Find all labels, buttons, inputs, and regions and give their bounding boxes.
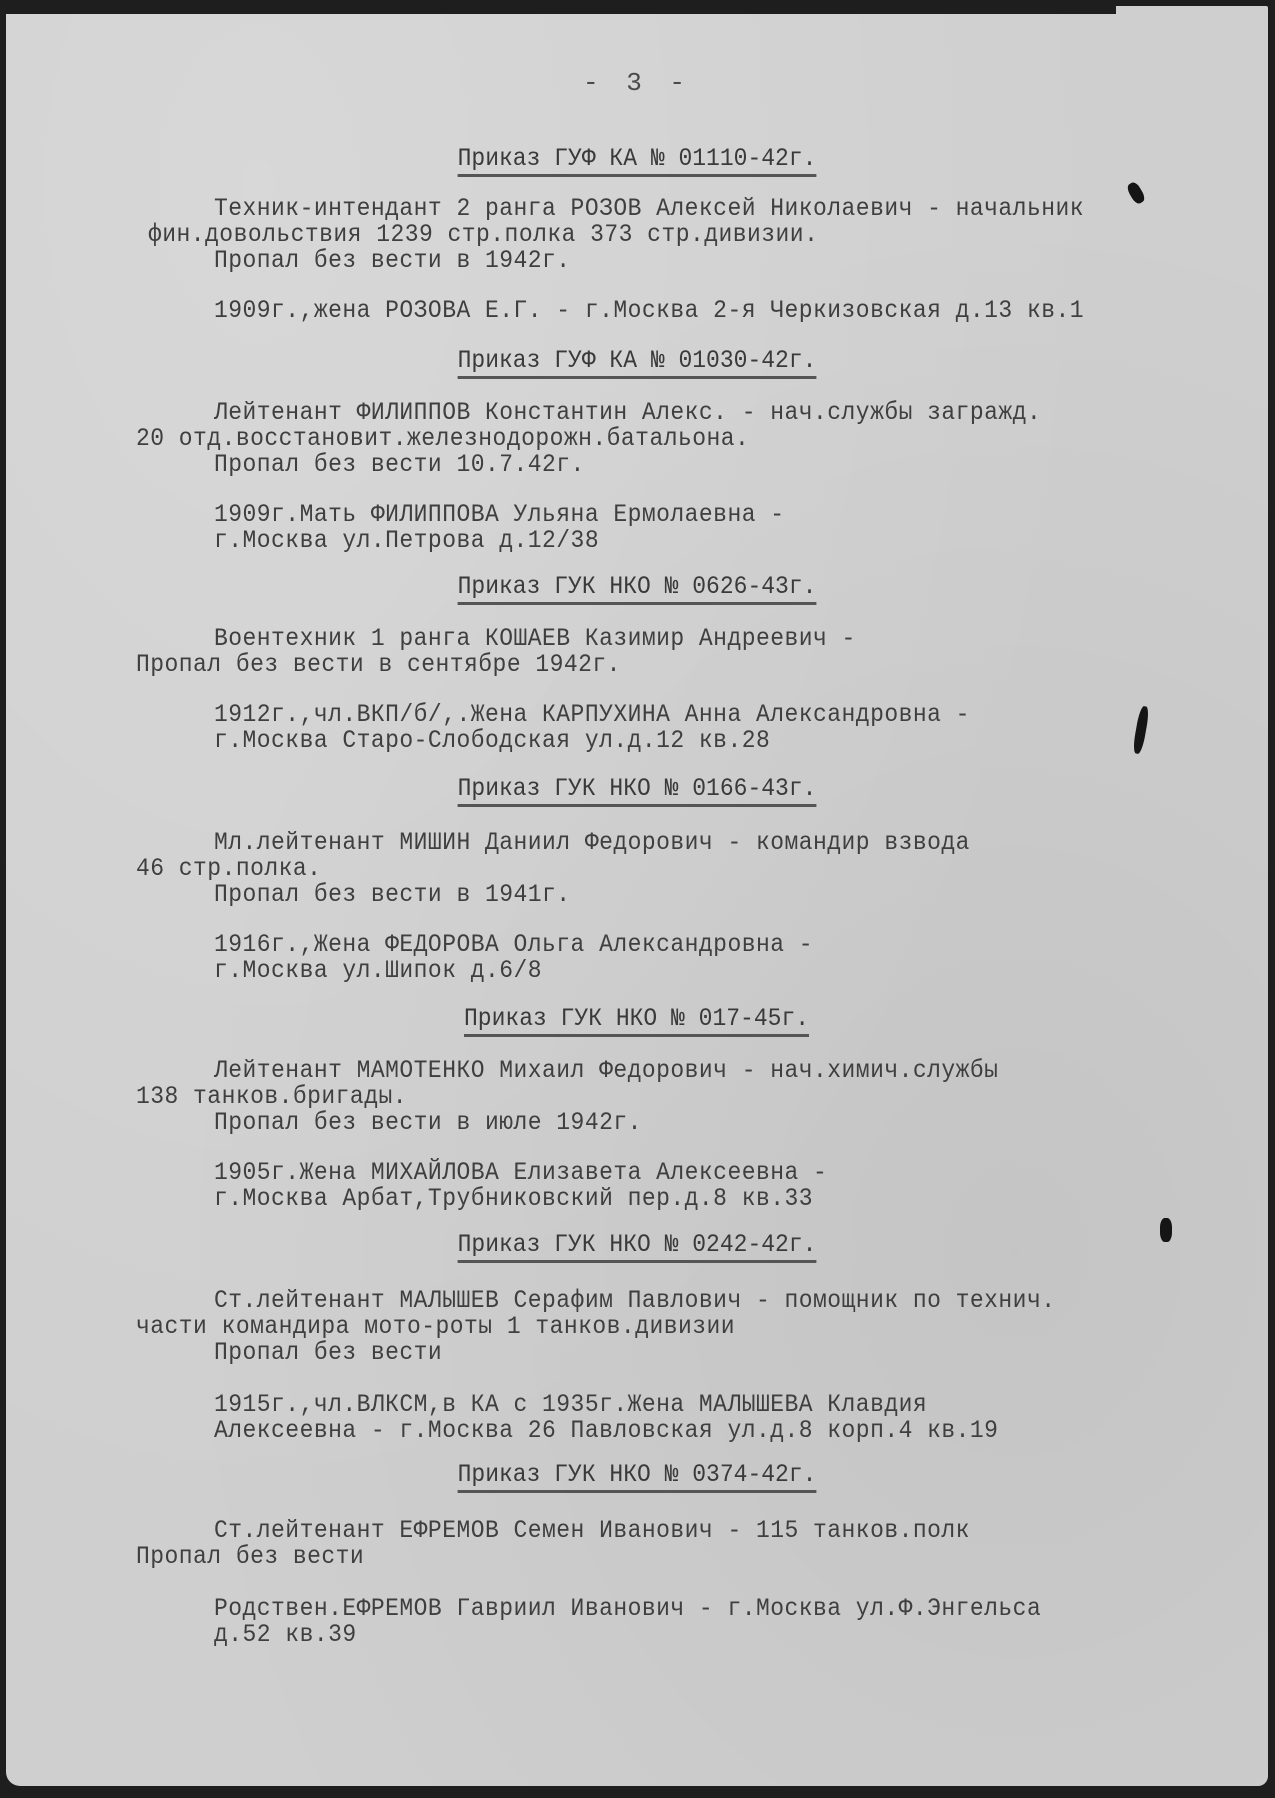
entry-line: Пропал без вести в сентябре 1942г.	[136, 650, 621, 679]
order-heading: Приказ ГУК НКО № 0626-43г.	[6, 572, 1268, 605]
order-heading: Приказ ГУК НКО № 0166-43г.	[6, 774, 1268, 807]
order-heading: Приказ ГУФ КА № 01110-42г.	[6, 144, 1268, 177]
scan-border	[6, 6, 1116, 14]
relative-line: г.Москва Старо-Слободская ул.д.12 кв.28	[214, 726, 770, 755]
relative-line: г.Москва Арбат,Трубниковский пер.д.8 кв.…	[214, 1184, 813, 1213]
relative-line: 1905г.Жена МИХАЙЛОВА Елизавета Алексеевн…	[214, 1158, 827, 1187]
entry-line: Пропал без вести	[136, 1542, 364, 1571]
order-heading: Приказ ГУК НКО № 017-45г.	[6, 1004, 1268, 1037]
punch-hole-mark	[1160, 1218, 1172, 1242]
order-heading: Приказ ГУФ КА № 01030-42г.	[6, 346, 1268, 379]
entry-line: Ст.лейтенант ЕФРЕМОВ Семен Иванович - 11…	[214, 1516, 970, 1545]
entry-line: Пропал без вести 10.7.42г.	[214, 450, 585, 479]
relative-line: 1909г.,жена РОЗОВА Е.Г. - г.Москва 2-я Ч…	[214, 296, 1084, 325]
document-page: - 3 - Приказ ГУФ КА № 01110-42г. Техник-…	[6, 6, 1268, 1786]
entry-line: Пропал без вести в июле 1942г.	[214, 1108, 642, 1137]
entry-line: Пропал без вести	[214, 1338, 442, 1367]
entry-line: части командира мото-роты 1 танков.дивиз…	[136, 1312, 735, 1341]
entry-line: Мл.лейтенант МИШИН Даниил Федорович - ко…	[214, 828, 970, 857]
punch-hole-mark	[1132, 705, 1150, 754]
relative-line: Алексеевна - г.Москва 26 Павловская ул.д…	[214, 1416, 998, 1445]
relative-line: Родствен.ЕФРЕМОВ Гавриил Иванович - г.Мо…	[214, 1594, 1041, 1623]
entry-line: Пропал без вести в 1941г.	[214, 880, 571, 909]
relative-line: г.Москва ул.Шипок д.6/8	[214, 956, 542, 985]
page-number: - 3 -	[6, 68, 1268, 98]
relative-line: 1912г.,чл.ВКП/б/,.Жена КАРПУХИНА Анна Ал…	[214, 700, 970, 729]
relative-line: д.52 кв.39	[214, 1620, 357, 1649]
relative-line: г.Москва ул.Петрова д.12/38	[214, 526, 599, 555]
relative-line: 1916г.,Жена ФЕДОРОВА Ольга Александровна…	[214, 930, 813, 959]
order-heading: Приказ ГУК НКО № 0242-42г.	[6, 1230, 1268, 1263]
entry-line: фин.довольствия 1239 стр.полка 373 стр.д…	[148, 220, 818, 249]
entry-line: 138 танков.бригады.	[136, 1082, 407, 1111]
entry-line: Воентехник 1 ранга КОШАЕВ Казимир Андрее…	[214, 624, 856, 653]
entry-line: Ст.лейтенант МАЛЫШЕВ Серафим Павлович - …	[214, 1286, 1055, 1315]
relative-line: 1915г.,чл.ВЛКСМ,в КА с 1935г.Жена МАЛЫШЕ…	[214, 1390, 927, 1419]
entry-line: Техник-интендант 2 ранга РОЗОВ Алексей Н…	[214, 194, 1084, 223]
entry-line: Лейтенант МАМОТЕНКО Михаил Федорович - н…	[214, 1056, 998, 1085]
entry-line: 20 отд.восстановит.железнодорожн.батальо…	[136, 424, 749, 453]
entry-line: 46 стр.полка.	[136, 854, 321, 883]
relative-line: 1909г.Мать ФИЛИППОВА Ульяна Ермолаевна -	[214, 500, 785, 529]
order-heading: Приказ ГУК НКО № 0374-42г.	[6, 1460, 1268, 1493]
punch-hole-mark	[1125, 180, 1146, 205]
entry-line: Пропал без вести в 1942г.	[214, 246, 571, 275]
entry-line: Лейтенант ФИЛИППОВ Константин Алекс. - н…	[214, 398, 1041, 427]
